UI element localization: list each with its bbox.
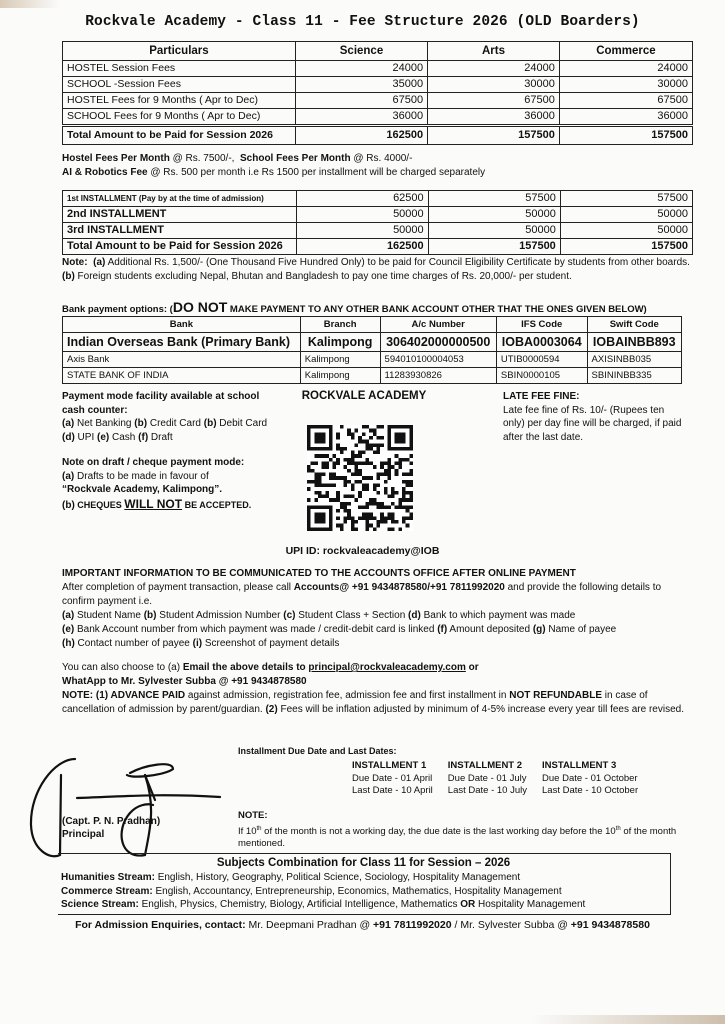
details-line-2: (e) Bank Account number from which payme… [62,623,687,637]
row-label: 3rd INSTALLMENT [63,223,297,239]
science-value: 24000 [295,61,427,77]
late-fee-section: LATE FEE FINE: Late fee fine of Rs. 10/-… [503,390,683,444]
bank-branch: Kalimpong [300,352,380,368]
bank-name: Indian Overseas Bank (Primary Bank) [63,333,301,352]
row-label: HOSTEL Fees for 9 Months ( Apr to Dec) [63,93,296,109]
refund-note: NOTE: (1) ADVANCE PAID against admission… [62,689,687,717]
fee-structure-table: Particulars Science Arts Commerce HOSTEL… [62,41,693,145]
col-particulars: Particulars [63,42,296,61]
table-header-row: Bank Branch A/c Number IFS Code Swift Co… [63,317,682,333]
important-info-heading: IMPORTANT INFORMATION TO BE COMMUNICATED… [62,567,687,581]
col-ifsc: IFS Code [496,317,587,333]
payment-modes-section: Payment mode facility available at schoo… [62,390,282,512]
bank-ifsc: IOBA0003064 [496,333,587,352]
table-row: SCHOOL -Session Fees 35000 30000 30000 [63,77,693,93]
science-value: 67500 [295,93,427,109]
draft-note-a: (a) Drafts to be made in favour of [62,470,282,484]
bank-swift: IOBAINBB893 [587,333,681,352]
bank-accounts-table: Bank Branch A/c Number IFS Code Swift Co… [62,316,682,384]
bank-ifsc: SBIN0000105 [496,368,587,384]
stream-science: Science Stream: English, Physics, Chemis… [61,898,666,912]
science-value: 36000 [295,109,427,126]
subjects-title: Subjects Combination for Class 11 for Se… [61,856,666,871]
col-science: Science [295,42,427,61]
scan-smudge [0,0,60,8]
admission-enquiry: For Admission Enquiries, contact: Mr. De… [0,919,725,931]
science-value: 50000 [296,207,428,223]
commerce-value: 30000 [559,77,692,93]
table-row: SCHOOL Fees for 9 Months ( Apr to Dec) 3… [63,109,693,126]
bank-name: Axis Bank [63,352,301,368]
due-dates-grid: INSTALLMENT 1 Due Date - 01 April Last D… [352,760,653,798]
due-dates-heading: Installment Due Date and Last Dates: [238,746,397,756]
installment-2-dates: INSTALLMENT 2 Due Date - 01 July Last Da… [448,760,527,798]
bank-branch: Kalimpong [300,368,380,384]
signatory-title: Principal [62,828,160,841]
ai-robotics-note: AI & Robotics Fee @ Rs. 500 per month i.… [62,167,485,178]
signatory-name: (Capt. P. N. Pradhan) [62,815,160,828]
arts-total: 157500 [428,239,560,255]
enquiry-phone-2: +91 9434878580 [571,919,650,931]
col-branch: Branch [300,317,380,333]
col-swift: Swift Code [587,317,681,333]
late-fee-text: Late fee fine of Rs. 10/- (Rupees ten on… [503,404,683,445]
arts-value: 67500 [428,93,560,109]
draft-payee-name: “Rockvale Academy, Kalimpong”. [62,483,282,497]
col-arts: Arts [428,42,560,61]
row-label: SCHOOL -Session Fees [63,77,296,93]
installment-1-dates: INSTALLMENT 1 Due Date - 01 April Last D… [352,760,433,798]
payment-modes-list: (a) Net Banking (b) Credit Card (b) Debi… [62,417,282,444]
installment-table: 1st INSTALLMENT (Pay by at the time of a… [62,190,693,255]
cheque-note: (b) CHEQUES WILL NOT BE ACCEPTED. [62,498,282,513]
total-row: Total Amount to be Paid for Session 2026… [63,126,693,145]
monthly-fee-note: Hostel Fees Per Month @ Rs. 7500/-, Scho… [62,153,412,164]
draft-note-heading: Note on draft / cheque payment mode: [62,457,244,468]
row-label: HOSTEL Session Fees [63,61,296,77]
arts-value: 50000 [428,207,560,223]
commerce-value: 57500 [560,191,692,207]
bank-row: STATE BANK OF INDIA Kalimpong 1128393082… [63,368,682,384]
stream-humanities: Humanities Stream: English, History, Geo… [61,871,666,885]
arts-value: 57500 [428,191,560,207]
total-row: Total Amount to be Paid for Session 2026… [63,239,693,255]
commerce-value: 50000 [560,207,692,223]
arts-value: 50000 [428,223,560,239]
bank-branch: Kalimpong [300,333,380,352]
table-header-row: Particulars Science Arts Commerce [63,42,693,61]
table-row: HOSTEL Session Fees 24000 24000 24000 [63,61,693,77]
science-value: 62500 [296,191,428,207]
commerce-value: 67500 [559,93,692,109]
row-label: SCHOOL Fees for 9 Months ( Apr to Dec) [63,109,296,126]
table-row: 1st INSTALLMENT (Pay by at the time of a… [63,191,693,207]
commerce-value: 36000 [559,109,692,126]
arts-value: 24000 [428,61,560,77]
subjects-combination-box: Subjects Combination for Class 11 for Se… [58,853,671,915]
qr-title: ROCKVALE ACADEMY [298,390,430,402]
commerce-total: 157500 [560,239,692,255]
important-info-intro: After completion of payment transaction,… [62,581,687,609]
row-label: 2nd INSTALLMENT [63,207,297,223]
commerce-total: 157500 [559,126,692,145]
commerce-value: 24000 [559,61,692,77]
col-account: A/c Number [380,317,496,333]
principal-email-link[interactable]: principal@rockvaleacademy.com [308,662,465,673]
science-value: 50000 [296,223,428,239]
table-row: 3rd INSTALLMENT 50000 50000 50000 [63,223,693,239]
commerce-value: 50000 [560,223,692,239]
due-date-note: NOTE: If 10th of the month is not a work… [238,810,708,851]
science-value: 35000 [295,77,427,93]
arts-value: 30000 [428,77,560,93]
bank-account: 594010100004053 [380,352,496,368]
alternate-contact-section: You can also choose to (a) Email the abo… [62,661,687,717]
stream-commerce: Commerce Stream: English, Accountancy, E… [61,885,666,899]
row-label: 1st INSTALLMENT (Pay by at the time of a… [63,191,297,207]
science-total: 162500 [295,126,427,145]
col-bank: Bank [63,317,301,333]
bank-ifsc: UTIB0000594 [496,352,587,368]
details-line-3: (h) Contact number of payee (i) Screensh… [62,637,687,651]
row-label: Total Amount to be Paid for Session 2026 [63,126,296,145]
scan-smudge [530,1015,725,1024]
bank-swift: AXISINBB035 [587,352,681,368]
arts-total: 157500 [428,126,560,145]
bank-options-heading: Bank payment options: (DO NOT MAKE PAYME… [62,299,647,315]
fee-notes: Note: (a) Additional Rs. 1,500/- (One Th… [62,256,692,284]
bank-account: 11283930826 [380,368,496,384]
science-total: 162500 [296,239,428,255]
table-row: 2nd INSTALLMENT 50000 50000 50000 [63,207,693,223]
payment-modes-heading: Payment mode facility available at schoo… [62,391,259,416]
enquiry-phone-1: +91 7811992020 [373,919,452,931]
bank-swift: SBININBB335 [587,368,681,384]
upi-qr-code[interactable] [307,425,413,531]
bank-row-primary: Indian Overseas Bank (Primary Bank) Kali… [63,333,682,352]
signatory: (Capt. P. N. Pradhan) Principal [62,815,160,841]
upi-id: UPI ID: rockvaleacademy@IOB [0,545,725,557]
col-commerce: Commerce [559,42,692,61]
arts-value: 36000 [428,109,560,126]
bank-name: STATE BANK OF INDIA [63,368,301,384]
bank-account: 306402000000500 [380,333,496,352]
page-title: Rockvale Academy - Class 11 - Fee Struct… [0,14,725,30]
row-label: Total Amount to be Paid for Session 2026 [63,239,297,255]
installment-3-dates: INSTALLMENT 3 Due Date - 01 October Last… [542,760,638,798]
bank-row: Axis Bank Kalimpong 594010100004053 UTIB… [63,352,682,368]
whatsapp-contact: WhatApp to Mr. Sylvester Subba @ +91 943… [62,676,307,687]
late-fee-heading: LATE FEE FINE: [503,391,579,402]
important-info-section: IMPORTANT INFORMATION TO BE COMMUNICATED… [62,567,687,651]
principal-signature [5,745,235,865]
table-row: HOSTEL Fees for 9 Months ( Apr to Dec) 6… [63,93,693,109]
details-line-1: (a) Student Name (b) Student Admission N… [62,609,687,623]
